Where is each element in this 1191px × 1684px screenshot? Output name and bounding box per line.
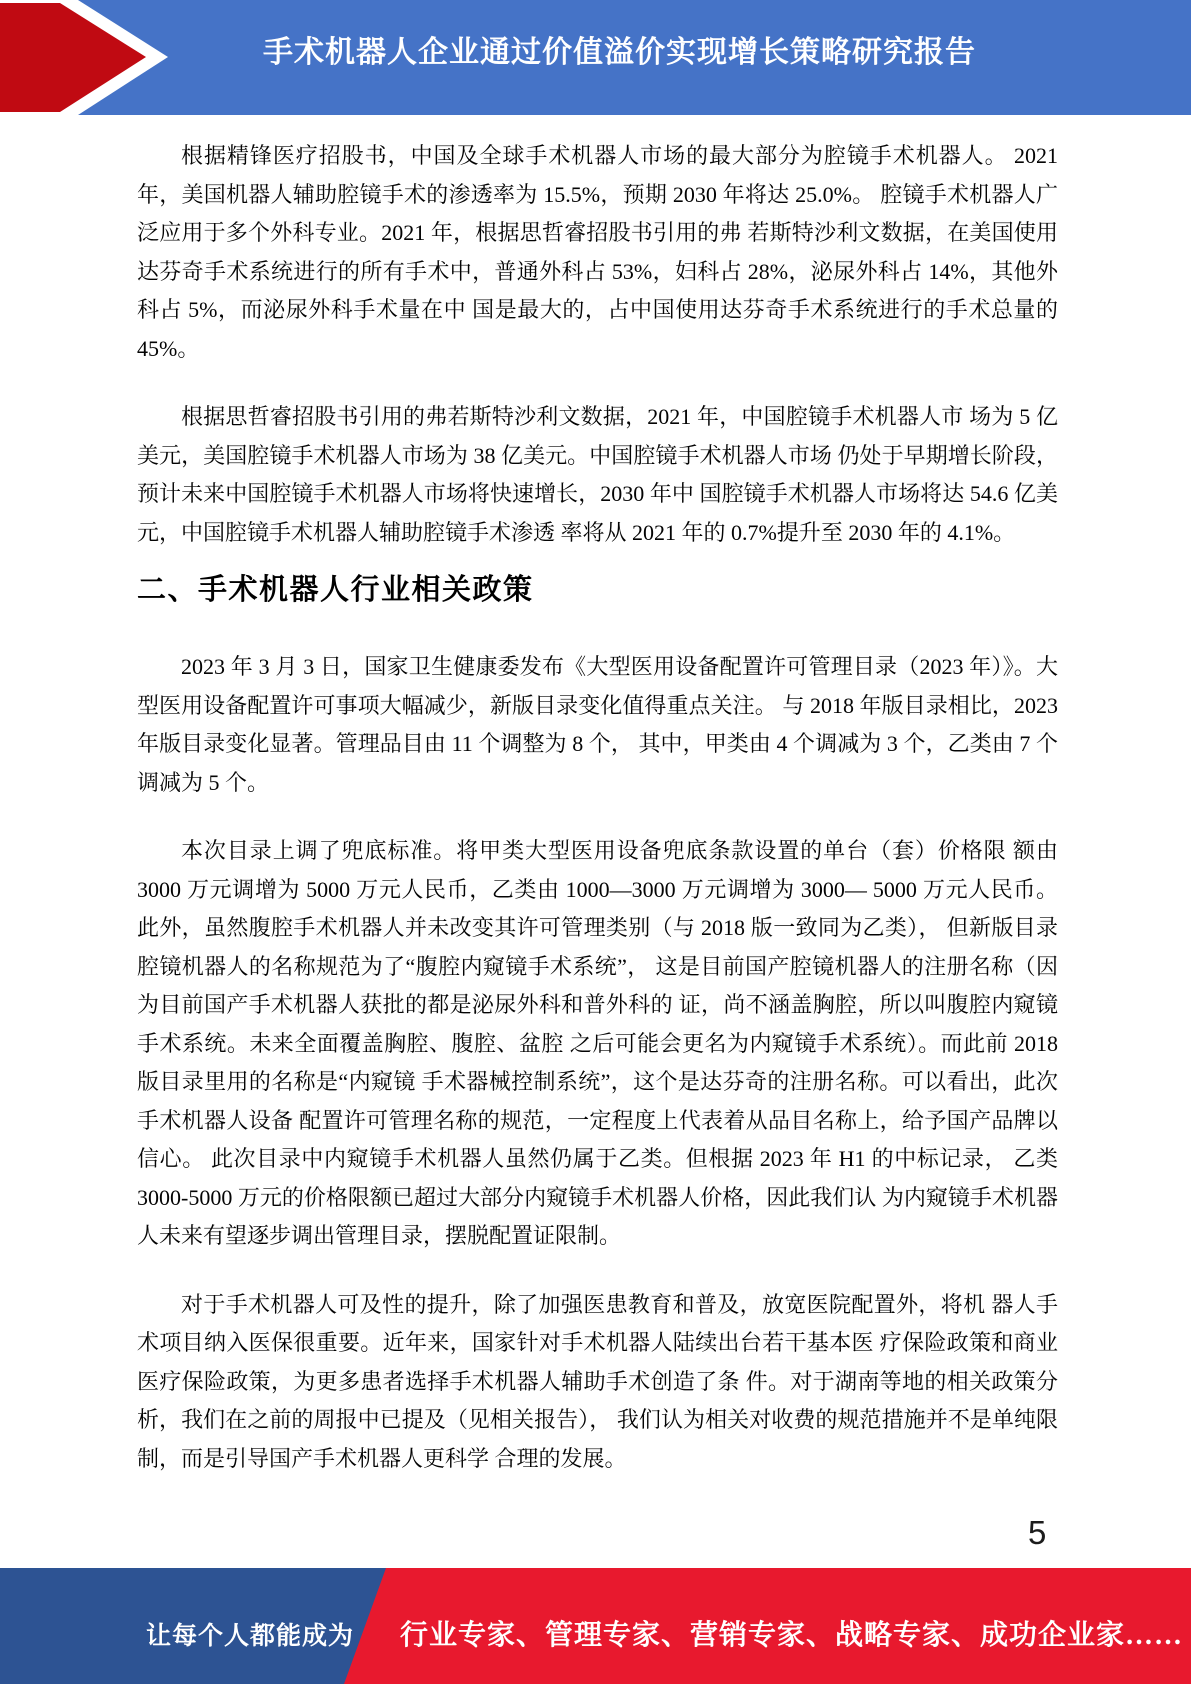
page-number: 5 [1028, 1514, 1046, 1552]
paragraph-price-limits: 本次目录上调了兜底标准。将甲类大型医用设备兜底条款设置的单台（套）价格限 额由 … [137, 832, 1058, 1256]
footer-slogan-right: 行业专家、管理专家、营销专家、战略专家、成功企业家…… [400, 1613, 1183, 1653]
document-body: 根据精锋医疗招股书，中国及全球手术机器人市场的最大部分为腔镜手术机器人。 202… [137, 137, 1058, 1508]
page-header-banner: 手术机器人企业通过价值溢价实现增长策略研究报告 [0, 0, 1191, 115]
paragraph-catalog-2023: 2023 年 3 月 3 日，国家卫生健康委发布《大型医用设备配置许可管理目录（… [137, 648, 1058, 802]
section-heading-policies: 二、手术机器人行业相关政策 [137, 570, 1058, 610]
report-page: 手术机器人企业通过价值溢价实现增长策略研究报告 根据精锋医疗招股书，中国及全球手… [0, 0, 1191, 1684]
paragraph-market-penetration: 根据精锋医疗招股书，中国及全球手术机器人市场的最大部分为腔镜手术机器人。 202… [137, 137, 1058, 368]
page-footer: 让每个人都能成为 行业专家、管理专家、营销专家、战略专家、成功企业家…… [0, 1568, 1191, 1684]
paragraph-accessibility: 对于手术机器人可及性的提升，除了加强医患教育和普及，放宽医院配置外，将机 器人手… [137, 1286, 1058, 1479]
footer-slogan-left: 让每个人都能成为 [146, 1616, 354, 1652]
report-title: 手术机器人企业通过价值溢价实现增长策略研究报告 [0, 27, 1191, 71]
paragraph-market-size: 根据思哲睿招股书引用的弗若斯特沙利文数据，2021 年，中国腔镜手术机器人市 场… [137, 398, 1058, 552]
